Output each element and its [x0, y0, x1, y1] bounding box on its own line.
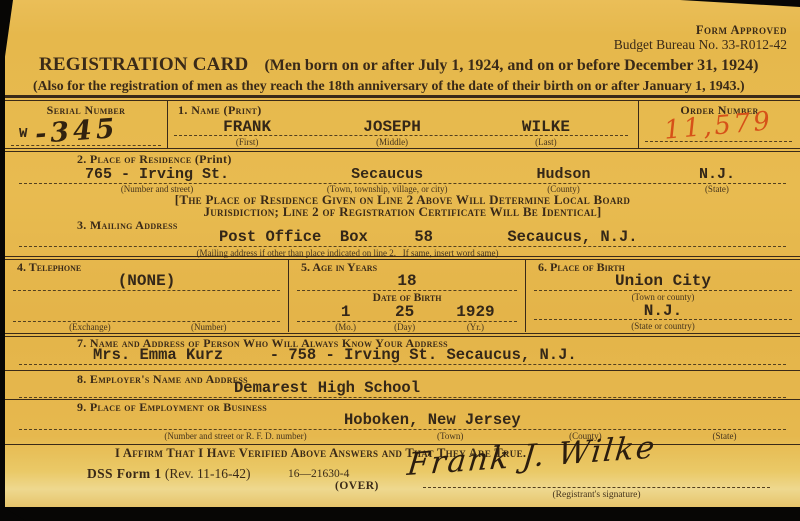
order-number-value: 11,579	[663, 106, 774, 145]
scan-background: Form Approved Budget Bureau No. 33-R012-…	[0, 0, 800, 521]
name-last-sublabel: (Last)	[468, 137, 624, 147]
age-value: 18	[289, 272, 525, 290]
contact-person-value: Mrs. Emma Kurz - 758 - Irving St. Secauc…	[93, 346, 577, 364]
residence-county-value: Hudson	[479, 166, 648, 183]
birth-town-value: Union City	[526, 272, 800, 290]
telephone-number-sublabel: (Number)	[191, 322, 227, 332]
name-sublabels: (First) (Middle) (Last)	[178, 137, 624, 147]
date-of-birth-values: 1 25 1929	[289, 304, 525, 321]
form-revision: (Rev. 11-16-42)	[165, 466, 251, 481]
telephone-entry-line	[13, 290, 280, 291]
birth-day-value: 25	[395, 303, 414, 321]
birth-month-value: 1	[341, 303, 351, 321]
form-number: DSS Form 1	[87, 466, 162, 481]
birth-state-text: N.J.	[644, 302, 682, 320]
budget-bureau-number: Budget Bureau No. 33-R012-42	[614, 37, 787, 53]
residence-street-value: 765 - Irving St.	[19, 166, 295, 183]
over-note: (OVER)	[335, 480, 379, 492]
registration-card: Form Approved Budget Bureau No. 33-R012-…	[5, 0, 800, 507]
age-cell: 5. Age in Years 18 Date of Birth 1 25 19…	[289, 259, 526, 332]
birth-state-entry-line	[534, 319, 792, 320]
residence-state-value: N.J.	[648, 166, 786, 183]
scan-corner-bottom-left	[0, 505, 26, 521]
day-sublabel: (Day)	[394, 322, 415, 332]
serial-handwritten-value: -345	[34, 113, 120, 150]
serial-name-order-row: Serial Number W -345 1. Name (Print) FRA…	[5, 101, 800, 148]
month-sublabel: (Mo.)	[335, 322, 356, 332]
name-middle-value: JOSEPH	[316, 118, 468, 136]
card-title-line: REGISTRATION CARD(Men born on or after J…	[39, 54, 792, 76]
serial-number-entry: W -345	[11, 115, 161, 146]
name-first-sublabel: (First)	[178, 137, 316, 147]
age-entry-line	[297, 290, 517, 291]
birth-year-value: 1929	[456, 303, 494, 321]
employment-town-sublabel: (Town)	[437, 431, 463, 441]
birth-state-sublabel: (State or country)	[526, 321, 800, 331]
telephone-second-line	[13, 321, 280, 322]
signature-line	[423, 487, 770, 488]
card-title-qualifier: (Men born on or after July 1, 1924, and …	[264, 57, 758, 74]
name-values: FRANK JOSEPH WILKE	[178, 118, 624, 136]
place-of-residence-section: 2. Place of Residence (Print) 765 - Irvi…	[5, 152, 800, 218]
order-number-cell: Order Number 11,579	[639, 101, 800, 148]
telephone-cell: 4. Telephone (NONE) (Exchange) (Number)	[5, 259, 289, 332]
birth-town-text: Union City	[615, 272, 711, 290]
place-of-birth-cell: 6. Place of Birth Union City (Town or co…	[526, 259, 800, 332]
print-code: 16—21630-4	[288, 468, 349, 480]
serial-number-cell: Serial Number W -345	[5, 101, 168, 148]
mailing-address-section: 3. Mailing Address Post Office Box 58 Se…	[5, 218, 800, 256]
form-number-block: DSS Form 1 (Rev. 11-16-42)	[87, 466, 250, 482]
form-approval-block: Form Approved Budget Bureau No. 33-R012-…	[614, 23, 787, 53]
mailing-address-value: Post Office Box 58 Secaucus, N.J.	[219, 228, 638, 246]
contact-person-entry: Mrs. Emma Kurz - 758 - Irving St. Secauc…	[19, 348, 786, 365]
telephone-value-text: (NONE)	[118, 272, 176, 290]
name-first-value: FRANK	[178, 118, 316, 136]
employer-value: Demarest High School	[234, 379, 420, 397]
card-title: REGISTRATION CARD	[39, 54, 248, 75]
employment-place-value: Hoboken, New Jersey	[344, 411, 521, 429]
registrant-signature-sublabel: (Registrant's signature)	[423, 490, 770, 500]
employment-street-sublabel: (Number and street or R. F. D. number)	[164, 431, 306, 441]
birth-state-value: N.J.	[526, 302, 800, 319]
card-subtitle: (Also for the registration of men as the…	[33, 78, 745, 94]
residence-entry-line: 765 - Irving St. Secaucus Hudson N.J.	[19, 164, 786, 184]
name-middle-sublabel: (Middle)	[316, 137, 468, 147]
name-last-value: WILKE	[468, 118, 624, 136]
employment-place-entry: Hoboken, New Jersey	[19, 412, 786, 430]
card-footer: DSS Form 1 (Rev. 11-16-42) 16—21630-4 (O…	[5, 461, 800, 507]
telephone-value: (NONE)	[5, 272, 288, 290]
birth-town-entry-line	[534, 290, 792, 291]
contact-person-section: 7. Name and Address of Person Who Will A…	[5, 336, 800, 371]
year-sublabel: (Yr.)	[467, 322, 484, 332]
mailing-address-entry: Post Office Box 58 Secaucus, N.J.	[19, 229, 786, 247]
residence-town-value: Secaucus	[295, 166, 479, 183]
form-approved-text: Form Approved	[614, 23, 787, 37]
telephone-age-birth-row: 4. Telephone (NONE) (Exchange) (Number) …	[5, 259, 800, 332]
telephone-exchange-sublabel: (Exchange)	[69, 322, 110, 332]
serial-typed-prefix: W	[19, 126, 27, 142]
age-value-text: 18	[397, 272, 416, 290]
employer-entry: Demarest High School	[19, 383, 786, 398]
order-number-entry: 11,579	[645, 111, 792, 142]
name-cell: 1. Name (Print) FRANK JOSEPH WILKE (Firs…	[168, 101, 639, 148]
birth-town-sublabel: (Town or county)	[526, 292, 800, 302]
employer-section: 8. Employer's Name and Address Demarest …	[5, 372, 800, 400]
